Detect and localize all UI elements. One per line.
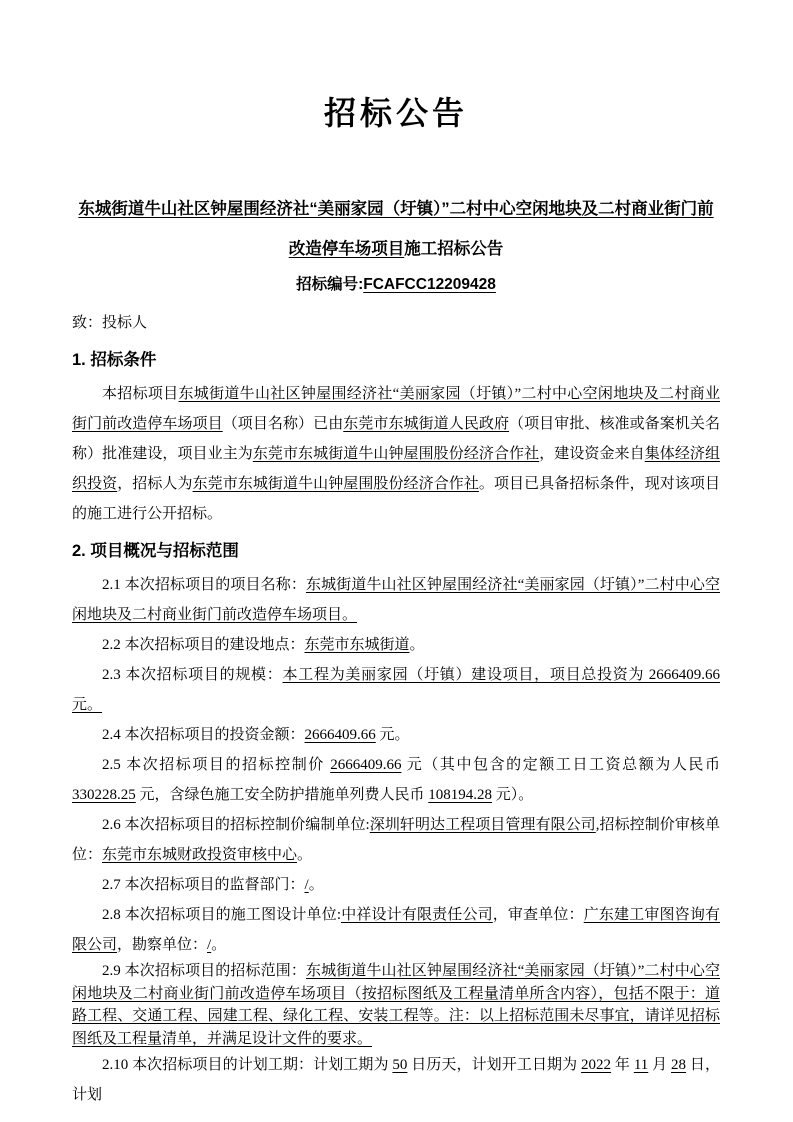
plain-text: 元）。 — [492, 787, 533, 803]
bid-number-line: 招标编号:FCAFCC12209428 — [72, 270, 720, 300]
plain-text: 元（其中包含的定额工日工资总额为人民币 — [401, 757, 720, 773]
plain-text: ，审查单位： — [493, 907, 584, 923]
plain-text: 2.4 本次招标项目的投资金额： — [102, 727, 305, 743]
document-page: 招标公告 东城街道牛山社区钟屋围经济社“美丽家园（圩镇）”二村中心空闲地块及二村… — [0, 0, 793, 1122]
plain-text: 2.10 本次招标项目的计划工期：计划工期为 — [102, 1057, 392, 1073]
clause-2-4: 2.4 本次招标项目的投资金额：2666409.66 元。 — [72, 720, 720, 750]
underlined-text: 中祥设计有限责任公司 — [341, 907, 493, 923]
clause-2-3: 2.3 本次招标项目的规模：本工程为美丽家园（圩镇）建设项目，项目总投资为 26… — [72, 660, 720, 720]
plain-text: 2.2 本次招标项目的建设地点： — [102, 637, 305, 653]
document-title: 招标公告 — [72, 92, 720, 135]
project-title-underlined: 东城街道牛山社区钟屋围经济社“美丽家园（圩镇）”二村中心空闲地块及二村商业街门前… — [78, 200, 713, 258]
clause-2-8: 2.8 本次招标项目的施工图设计单位:中祥设计有限责任公司，审查单位：广东建工审… — [72, 900, 720, 960]
plain-text: 。 — [309, 877, 324, 893]
underlined-text: 东莞市东城街道人民政府 — [343, 416, 509, 432]
underlined-text: 2022 — [581, 1057, 611, 1073]
underlined-text: 东莞市东城街道 — [305, 637, 410, 653]
plain-text: 本招标项目 — [102, 386, 178, 402]
plain-text: 2.3 本次招标项目的规模： — [102, 667, 283, 683]
section-1-heading: 1. 招标条件 — [72, 345, 720, 375]
bid-number-label: 招标编号: — [296, 276, 363, 293]
underlined-text: 11 — [634, 1057, 648, 1073]
section-1-paragraph: 本招标项目东城街道牛山社区钟屋围经济社“美丽家园（圩镇）”二村中心空闲地块及二村… — [72, 379, 720, 529]
underlined-text: 深圳轩明达工程项目管理有限公司 — [370, 817, 596, 833]
section-2-heading: 2. 项目概况与招标范围 — [72, 536, 720, 566]
project-title: 东城街道牛山社区钟屋围经济社“美丽家园（圩镇）”二村中心空闲地块及二村商业街门前… — [72, 189, 720, 269]
plain-text: 日历天，计划开工日期为 — [407, 1057, 581, 1073]
plain-text: 2.5 本次招标项目的招标控制价 — [102, 757, 330, 773]
underlined-text: 东莞市东城街道牛山钟屋围股份经济合作社 — [193, 476, 479, 492]
underlined-text: 2666409.66 — [330, 757, 401, 773]
clause-2-1: 2.1 本次招标项目的项目名称：东城街道牛山社区钟屋围经济社“美丽家园（圩镇）”… — [72, 570, 720, 630]
plain-text: 。 — [211, 937, 226, 953]
plain-text: 月 — [648, 1057, 671, 1073]
clause-2-6: 2.6 本次招标项目的招标控制价编制单位:深圳轩明达工程项目管理有限公司,招标控… — [72, 810, 720, 870]
plain-text: ，勘察单位： — [117, 937, 207, 953]
underlined-text: 2666409.66 — [305, 727, 376, 743]
addressee-line: 致：投标人 — [72, 308, 720, 338]
plain-text: 年 — [611, 1057, 634, 1073]
clause-2-5: 2.5 本次招标项目的招标控制价 2666409.66 元（其中包含的定额工日工… — [72, 750, 720, 810]
underlined-text: 330228.25 — [72, 787, 136, 803]
plain-text: 2.9 本次招标项目的招标范围： — [102, 963, 306, 979]
plain-text: 2.6 本次招标项目的招标控制价编制单位: — [102, 817, 370, 833]
plain-text: 2.8 本次招标项目的施工图设计单位: — [102, 907, 341, 923]
plain-text: 2.1 本次招标项目的项目名称： — [102, 577, 306, 593]
plain-text: （项目名称）已由 — [223, 416, 344, 432]
clause-2-10: 2.10 本次招标项目的计划工期：计划工期为 50 日历天，计划开工日期为 20… — [72, 1050, 720, 1110]
clause-2-9: 2.9 本次招标项目的招标范围：东城街道牛山社区钟屋围经济社“美丽家园（圩镇）”… — [72, 960, 720, 1050]
bid-number-value: FCAFCC12209428 — [363, 276, 496, 293]
plain-text: ，招标人为 — [117, 476, 192, 492]
project-title-suffix: 施工招标公告 — [404, 240, 503, 258]
underlined-text: 东莞市东城街道牛山钟屋围股份经济合作社 — [253, 446, 539, 462]
underlined-text: 50 — [392, 1057, 407, 1073]
clause-2-2: 2.2 本次招标项目的建设地点：东莞市东城街道。 — [72, 630, 720, 660]
plain-text: ，建设资金来自 — [539, 446, 645, 462]
underlined-text: 东莞市东城财政投资审核中心 — [102, 847, 297, 863]
plain-text: 。 — [410, 637, 425, 653]
plain-text: 元，含绿色施工安全防护措施单列费人民币 — [136, 787, 429, 803]
underlined-text: 108194.28 — [428, 787, 492, 803]
plain-text: 2.7 本次招标项目的监督部门： — [102, 877, 305, 893]
plain-text: 元。 — [376, 727, 410, 743]
underlined-text: 28 — [671, 1057, 686, 1073]
clause-2-7: 2.7 本次招标项目的监督部门：/。 — [72, 870, 720, 900]
plain-text: 。 — [297, 847, 312, 863]
